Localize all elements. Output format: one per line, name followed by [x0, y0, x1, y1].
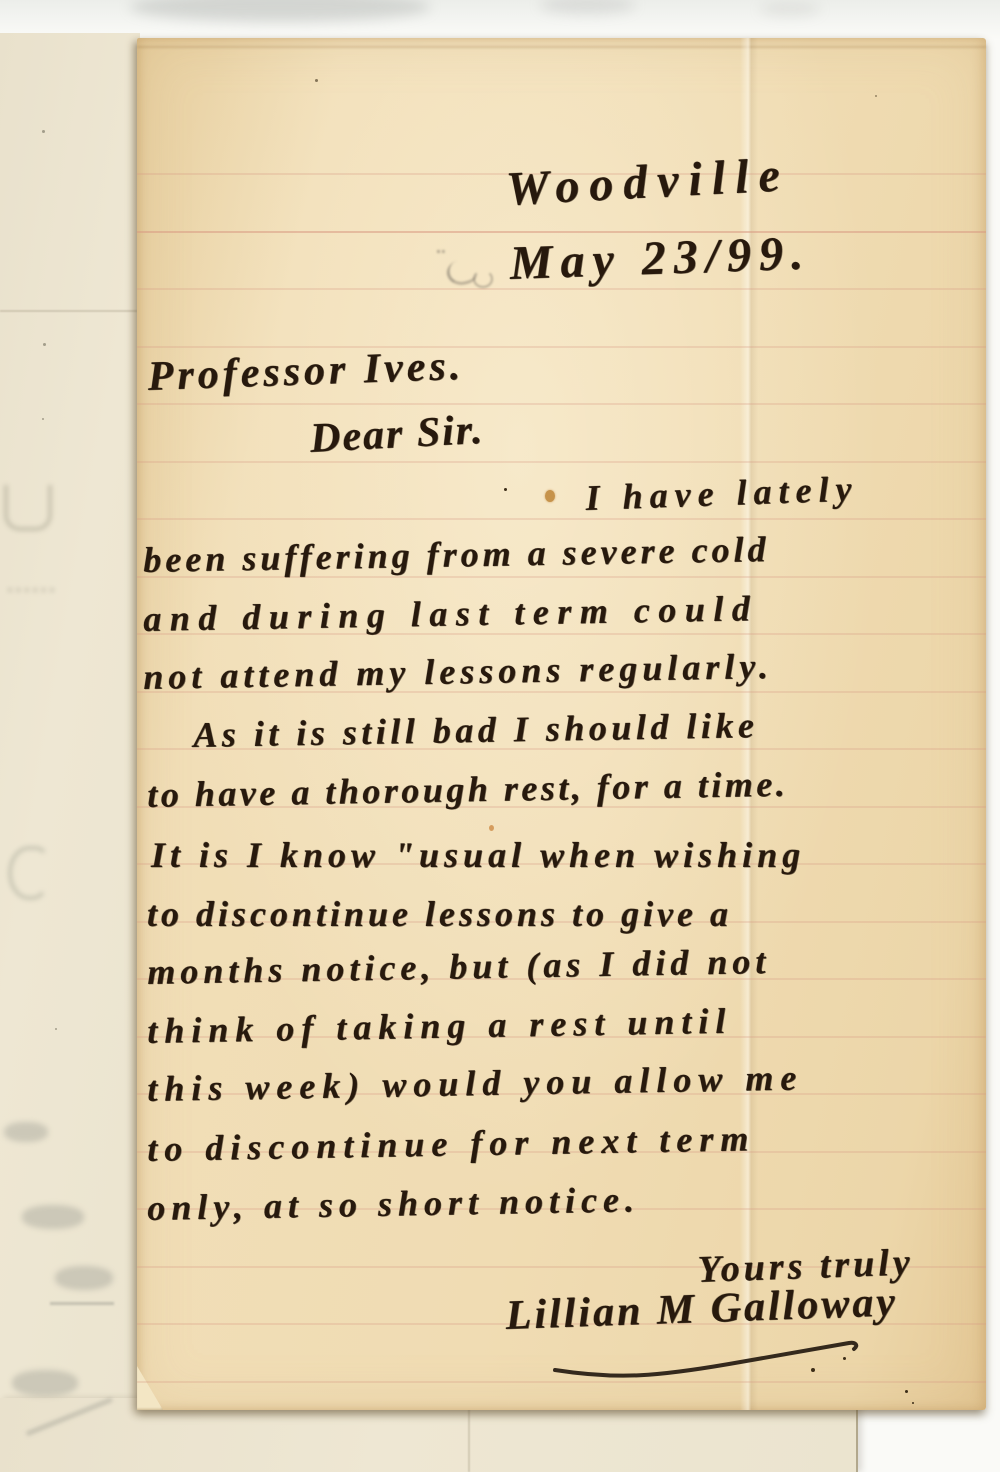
page-corner-fold — [137, 1366, 163, 1410]
handwritten-line-6: been suffering from a severe cold — [143, 531, 770, 578]
ink-speck — [875, 95, 877, 97]
scanner-top-strip — [0, 0, 1000, 40]
under-page-crease — [0, 310, 137, 312]
ink-speck — [504, 488, 507, 491]
handwritten-line-11: It is I know "usual when wishing — [151, 837, 805, 873]
scanner-smudge — [540, 0, 635, 14]
paper-speck — [43, 343, 46, 346]
paper-stain — [545, 490, 555, 502]
ruled-line — [137, 461, 986, 463]
signature-flourish — [549, 1336, 869, 1386]
scanner-smudge — [760, 2, 820, 16]
pencil-mark — [437, 250, 445, 261]
letter-page: WoodvilleMay 23/99.Professor Ives.Dear S… — [137, 38, 986, 1410]
handwritten-line-3: Professor Ives. — [147, 345, 465, 398]
handwritten-line-17: only, at so short notice. — [147, 1181, 640, 1226]
ghost-text-mark — [8, 846, 50, 900]
handwritten-line-7: and during last term could — [143, 590, 759, 637]
handwritten-line-4: Dear Sir. — [309, 409, 485, 460]
underlying-page-left-edge — [0, 33, 140, 1472]
handwritten-line-14: think of taking a rest until — [147, 1003, 733, 1049]
ruled-line — [137, 346, 986, 348]
ghost-text-mark — [12, 1370, 78, 1396]
page-top-crease — [137, 46, 986, 48]
handwritten-line-5: I have lately — [585, 470, 859, 516]
ruled-line — [137, 231, 986, 233]
ghost-underline-mark — [50, 1302, 114, 1305]
scan-background: { "letter": { "heading": ["Woodville", "… — [0, 0, 1000, 1472]
paper-speck — [55, 1028, 57, 1030]
handwritten-line-9: As it is still bad I should like — [193, 707, 759, 753]
ghost-text-mark — [22, 1205, 84, 1229]
handwritten-line-13: months notice, but (as I did not — [147, 943, 771, 990]
ghost-text-mark — [4, 485, 52, 531]
handwritten-line-16: to discontinue for next term — [147, 1120, 756, 1167]
handwritten-line-15: this week) would you allow me — [147, 1060, 804, 1107]
pencil-mark — [473, 270, 493, 288]
ruled-line — [137, 518, 986, 520]
ruled-line — [137, 288, 986, 290]
ghost-text-mark — [4, 1122, 48, 1142]
handwritten-line-2: May 23/99. — [509, 229, 812, 287]
ink-speck — [905, 1390, 908, 1393]
paper-speck — [42, 130, 45, 133]
ruled-line — [137, 403, 986, 405]
ink-speck — [912, 1402, 914, 1404]
paper-stain — [489, 825, 494, 831]
ink-speck — [315, 79, 318, 82]
paper-speck — [42, 418, 44, 420]
handwritten-line-8: not attend my lessons regularly. — [143, 648, 773, 695]
under-page-crease — [468, 1400, 470, 1472]
ghost-text-mark — [55, 1266, 113, 1290]
handwritten-line-12: to discontinue lessons to give a — [147, 896, 732, 932]
handwritten-line-19: Lillian M Galloway — [505, 1281, 899, 1337]
scanner-smudge — [130, 0, 430, 22]
ghost-text-mark — [8, 588, 54, 596]
